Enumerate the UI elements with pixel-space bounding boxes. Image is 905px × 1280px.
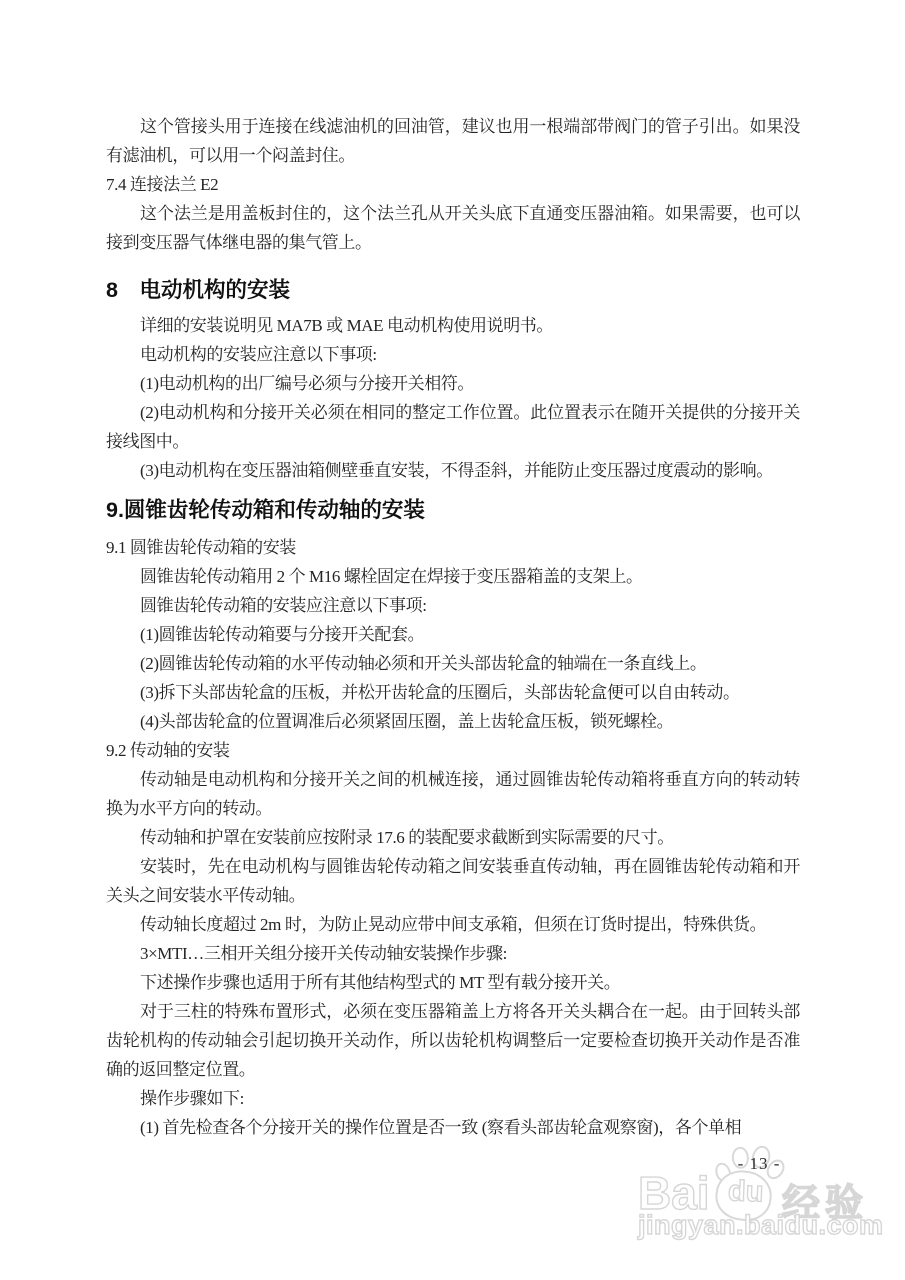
section-heading: 9.圆锥齿轮传动箱和传动轴的安装 <box>106 495 800 525</box>
paragraph: 传动轴是电动机构和分接开关之间的机械连接，通过圆锥齿轮传动箱将垂直方向的转动转换… <box>106 765 800 823</box>
paragraph: 下述操作步骤也适用于所有其他结构型式的 MT 型有载分接开关。 <box>106 968 800 997</box>
document-body: 这个管接头用于连接在线滤油机的回油管，建议也用一根端部带阀门的管子引出。如果没有… <box>106 112 800 1142</box>
paragraph: 圆锥齿轮传动箱用 2 个 M16 螺栓固定在焊接于变压器箱盖的支架上。 <box>106 562 800 591</box>
section-heading: 8 电动机构的安装 <box>106 275 800 305</box>
list-item: (1)圆锥齿轮传动箱要与分接开关配套。 <box>106 620 800 649</box>
paragraph: 对于三柱的特殊布置形式，必须在变压器箱盖上方将各开关头耦合在一起。由于回转头部齿… <box>106 997 800 1084</box>
paragraph: 电动机构的安装应注意以下事项: <box>106 340 800 369</box>
page-number: - 13 - <box>726 1154 792 1174</box>
paragraph: 传动轴和护罩在安装前应按附录 17.6 的装配要求截断到实际需要的尺寸。 <box>106 823 800 852</box>
paragraph: 传动轴长度超过 2m 时，为防止晃动应带中间支承箱，但须在订货时提出，特殊供货。 <box>106 910 800 939</box>
list-item: (3)拆下头部齿轮盒的压板，并松开齿轮盒的压圈后，头部齿轮盒便可以自由转动。 <box>106 678 800 707</box>
watermark-brand-text: du <box>728 1175 765 1209</box>
subsection-heading: 9.1 圆锥齿轮传动箱的安装 <box>106 533 800 562</box>
paragraph: 这个管接头用于连接在线滤油机的回油管，建议也用一根端部带阀门的管子引出。如果没有… <box>106 112 800 170</box>
paragraph: 操作步骤如下: <box>106 1084 800 1113</box>
list-item: (2)电动机构和分接开关必须在相同的整定工作位置。此位置表示在随开关提供的分接开… <box>106 398 800 456</box>
subsection-heading: 9.2 传动轴的安装 <box>106 736 800 765</box>
list-item: (2)圆锥齿轮传动箱的水平传动轴必须和开关头部齿轮盒的轴端在一条直线上。 <box>106 649 800 678</box>
paragraph: (1) 首先检查各个分接开关的操作位置是否一致 (察看头部齿轮盒观察窗)，各个单… <box>106 1113 800 1142</box>
document-page: 这个管接头用于连接在线滤油机的回油管，建议也用一根端部带阀门的管子引出。如果没有… <box>0 0 905 1280</box>
paragraph: 详细的安装说明见 MA7B 或 MAE 电动机构使用说明书。 <box>106 311 800 340</box>
watermark-site-url: jingyan.baidu.com <box>638 1210 884 1241</box>
paragraph: 安装时，先在电动机构与圆锥齿轮传动箱之间安装垂直传动轴，再在圆锥齿轮传动箱和开关… <box>106 852 800 910</box>
list-item: (1)电动机构的出厂编号必须与分接开关相符。 <box>106 369 800 398</box>
list-item: (3)电动机构在变压器油箱侧壁垂直安装，不得歪斜，并能防止变压器过度震动的影响。 <box>106 456 800 485</box>
list-item: (4)头部齿轮盒的位置调准后必须紧固压圈，盖上齿轮盒压板，锁死螺栓。 <box>106 707 800 736</box>
paragraph: 这个法兰是用盖板封住的，这个法兰孔从开关头底下直通变压器油箱。如果需要，也可以接… <box>106 199 800 257</box>
paragraph: 3×MTI…三相开关组分接开关传动轴安装操作步骤: <box>106 939 800 968</box>
paragraph: 圆锥齿轮传动箱的安装应注意以下事项: <box>106 591 800 620</box>
subsection-heading: 7.4 连接法兰 E2 <box>106 170 800 199</box>
